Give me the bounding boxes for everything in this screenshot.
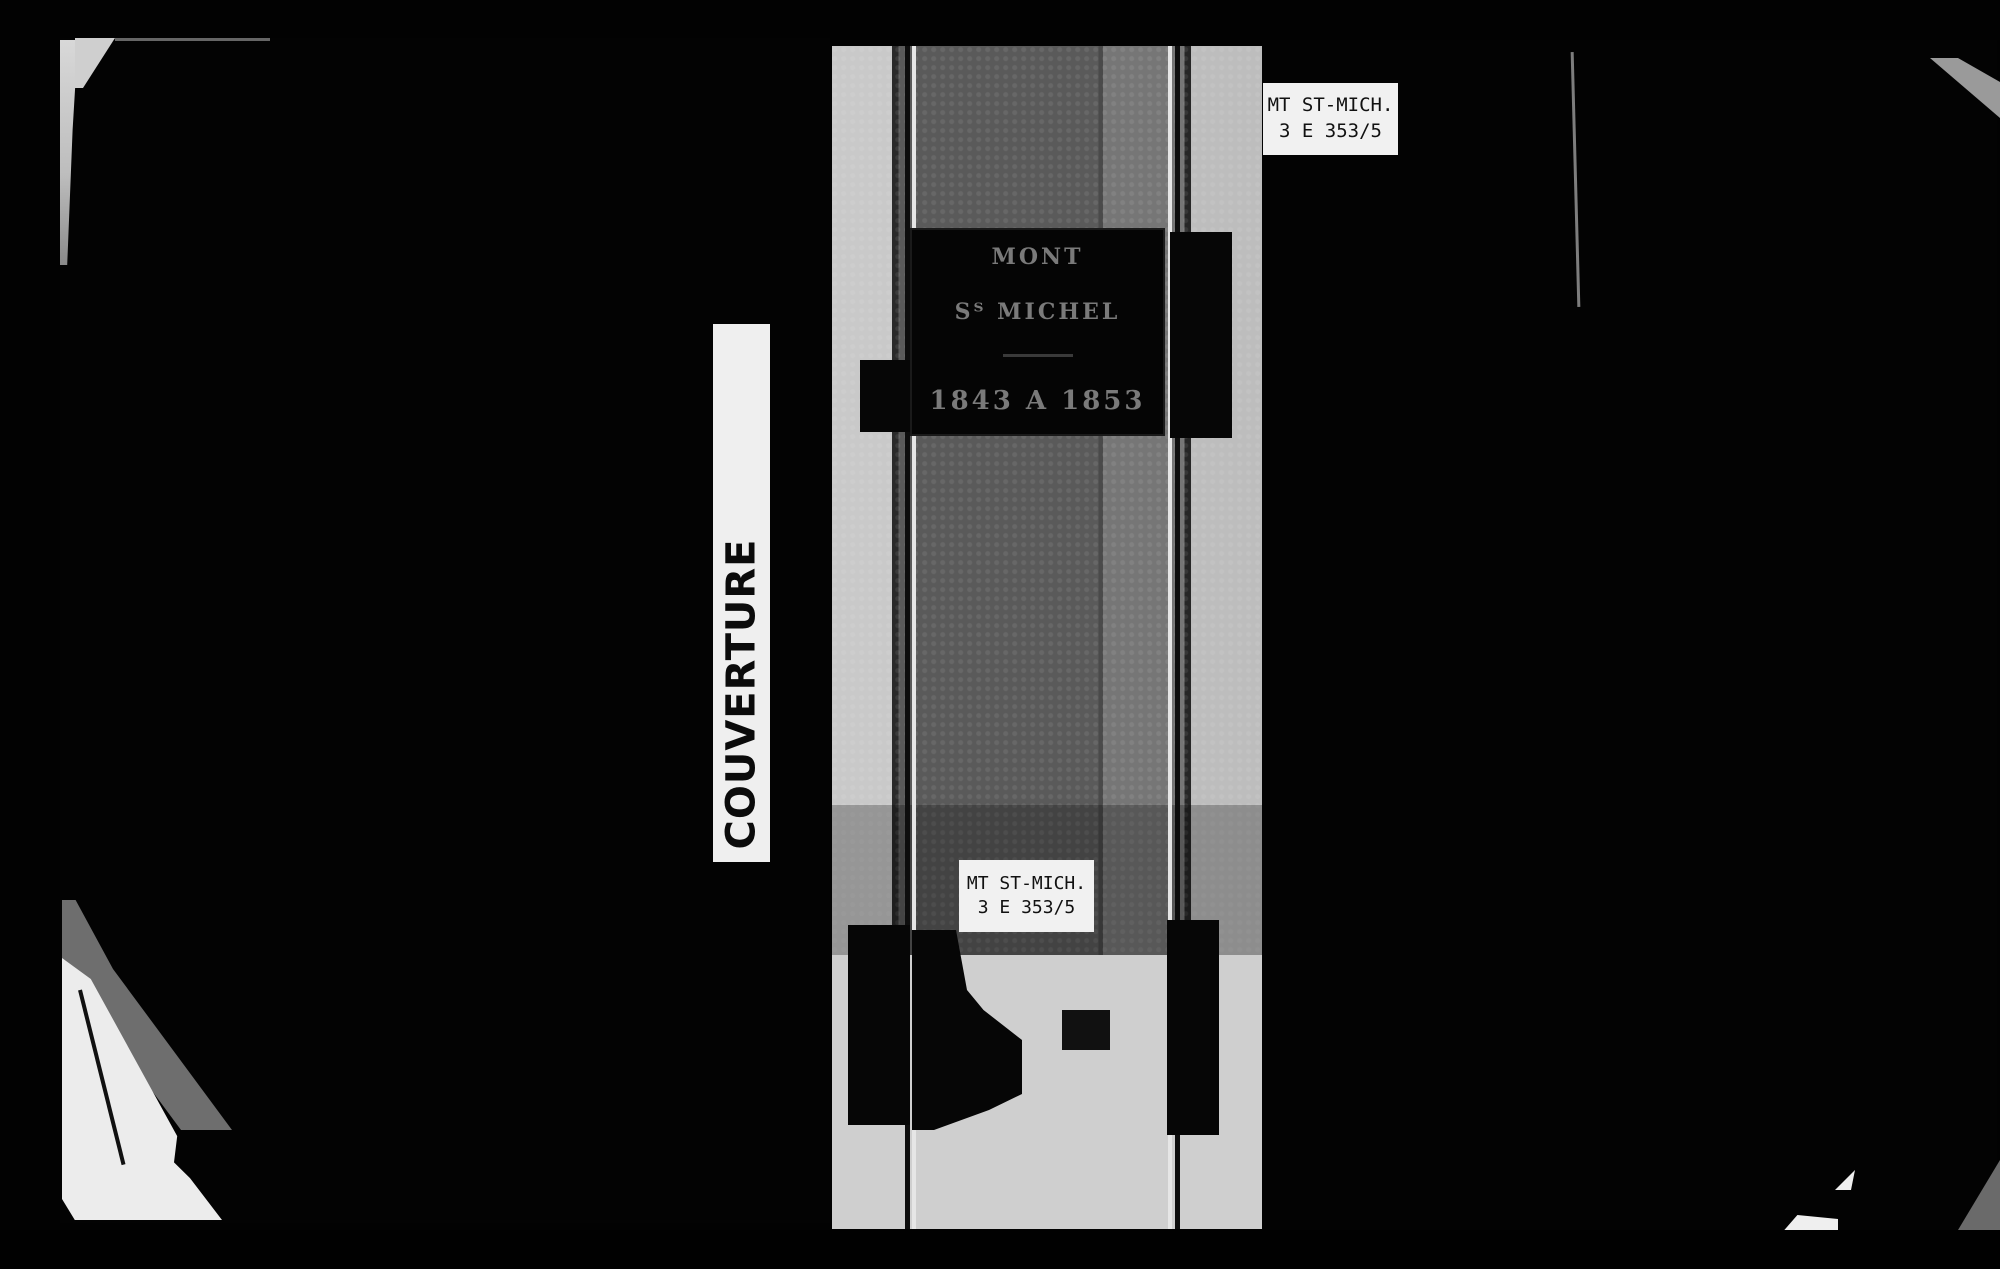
spine-title-rule (1003, 354, 1073, 357)
call-number-line-1: MT ST-MICH. (1268, 93, 1394, 119)
damage-patch (1167, 920, 1219, 1135)
call-number-line-1: MT ST-MICH. (967, 872, 1086, 896)
damage-patch (848, 925, 910, 1125)
call-number-label-top: MT ST-MICH. 3 E 353/5 (1263, 83, 1398, 155)
damage-patch (1062, 1010, 1110, 1050)
scanned-page: COUVERTURE MONT Sᵀ MICHEL 1843 A 1853 MT… (0, 0, 2000, 1269)
spine-title-line-1: MONT (992, 244, 1084, 270)
damage-patch (860, 360, 910, 432)
call-number-label-spine: MT ST-MICH. 3 E 353/5 (959, 860, 1094, 932)
couverture-label: COUVERTURE (713, 324, 770, 862)
couverture-text: COUVERTURE (719, 538, 765, 849)
bottom-film-edge (0, 1230, 2000, 1269)
spine-title-line-2: Sᵀ MICHEL (955, 299, 1121, 325)
damage-patch (1170, 232, 1232, 438)
spine-title-dates: 1843 A 1853 (929, 386, 1145, 416)
call-number-line-2: 3 E 353/5 (1279, 119, 1382, 145)
back-cover-board (1262, 40, 1997, 1230)
call-number-line-2: 3 E 353/5 (978, 896, 1076, 920)
top-edge-highlight (115, 38, 270, 41)
spine-title-piece: MONT Sᵀ MICHEL 1843 A 1853 (910, 228, 1165, 436)
